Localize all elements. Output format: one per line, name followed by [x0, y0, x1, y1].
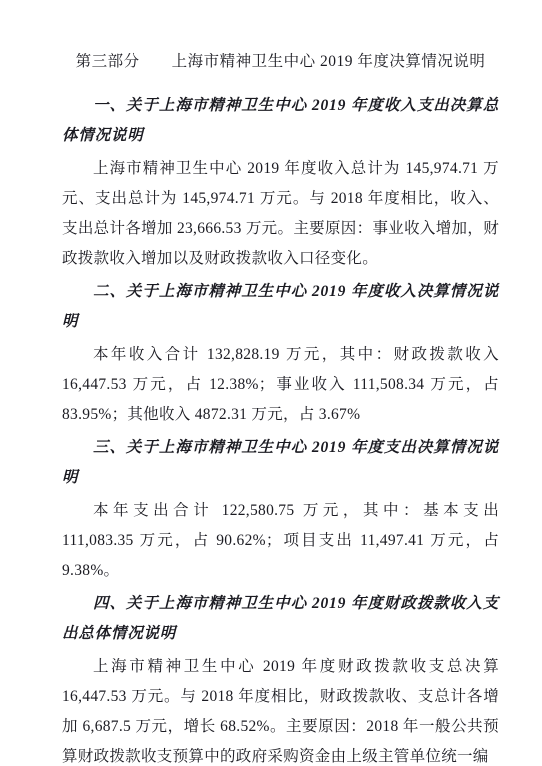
- document-page: 第三部分 上海市精神卫生中心 2019 年度决算情况说明 一、关于上海市精神卫生…: [0, 0, 542, 766]
- paragraph: 本年收入合计 132,828.19 万元，其中：财政拨款收入 16,447.53…: [62, 340, 499, 430]
- page-title: 第三部分 上海市精神卫生中心 2019 年度决算情况说明: [62, 47, 499, 77]
- section-expenditure-details: 三、关于上海市精神卫生中心 2019 年度支出决算情况说明 本年支出合计 122…: [62, 433, 499, 586]
- section-heading: 四、关于上海市精神卫生中心 2019 年度财政拨款收入支出总体情况说明: [62, 589, 499, 649]
- paragraph: 本年支出合计 122,580.75 万元，其中：基本支出 111,083.35 …: [62, 496, 499, 586]
- section-income-expenditure-overview: 一、关于上海市精神卫生中心 2019 年度收入支出决算总体情况说明 上海市精神卫…: [62, 91, 499, 274]
- paragraph: 上海市精神卫生中心 2019 年度财政拨款收支总决算 16,447.53 万元。…: [62, 652, 499, 766]
- section-heading: 二、关于上海市精神卫生中心 2019 年度收入决算情况说明: [62, 277, 499, 337]
- section-fiscal-appropriation-overview: 四、关于上海市精神卫生中心 2019 年度财政拨款收入支出总体情况说明 上海市精…: [62, 589, 499, 766]
- section-heading: 一、关于上海市精神卫生中心 2019 年度收入支出决算总体情况说明: [62, 91, 499, 151]
- document-content: 第三部分 上海市精神卫生中心 2019 年度决算情况说明 一、关于上海市精神卫生…: [62, 47, 499, 766]
- section-income-details: 二、关于上海市精神卫生中心 2019 年度收入决算情况说明 本年收入合计 132…: [62, 277, 499, 430]
- section-heading: 三、关于上海市精神卫生中心 2019 年度支出决算情况说明: [62, 433, 499, 493]
- paragraph: 上海市精神卫生中心 2019 年度收入总计为 145,974.71 万元、支出总…: [62, 154, 499, 274]
